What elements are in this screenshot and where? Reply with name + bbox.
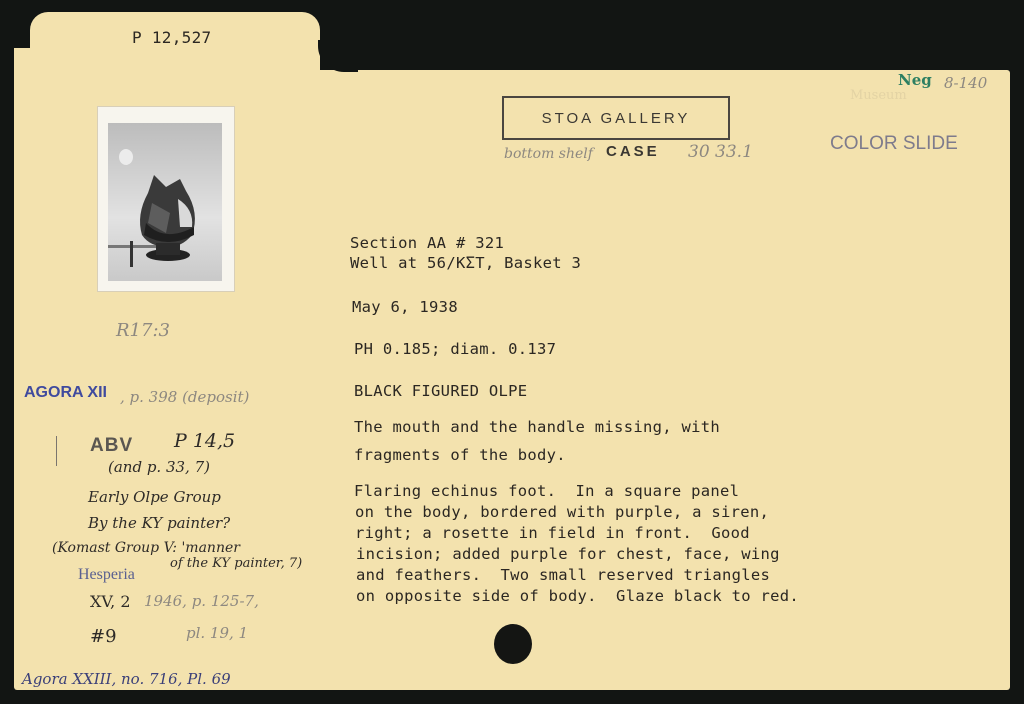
dimensions: PH 0.185; diam. 0.137 [354, 340, 556, 358]
description-line-2: on the body, bordered with purple, a sir… [355, 503, 769, 521]
note-line-1: (and p. 33, 7) [108, 458, 210, 476]
note-line-2: Early Olpe Group [88, 488, 221, 506]
plate-reference: pl. 19, 1 [186, 624, 248, 642]
olpe-vase-icon [108, 123, 222, 281]
excavation-date: May 6, 1938 [352, 298, 458, 316]
agora-xxiii-reference: Agora XXIII, no. 716, Pl. 69 [22, 670, 231, 688]
agora-page-ref: , p. 398 (deposit) [120, 388, 249, 406]
case-number: 30 33.1 [688, 142, 753, 162]
museum-faded-stamp: Museum [850, 88, 907, 103]
negative-number: 8-140 [944, 74, 987, 92]
shelf-note: bottom shelf [504, 146, 593, 162]
hesperia-reference: 1946, p. 125-7, [144, 592, 259, 610]
item-number: #9 [90, 626, 117, 647]
tab-notch [318, 40, 358, 72]
photo-image [108, 123, 222, 281]
scanned-card-stage: P 12,527 STOA GALLERY bottom shelf CASE … [0, 0, 1024, 704]
negative-label: Neg [898, 71, 932, 89]
agora-stamp: AGORA XII [24, 384, 107, 402]
description-line-6: on opposite side of body. Glaze black to… [356, 587, 799, 605]
hesperia-stamp: Hesperia [78, 566, 135, 584]
abv-stamp: ABV [90, 435, 133, 457]
abv-page: P 14,5 [174, 430, 235, 452]
object-type: BLACK FIGURED OLPE [354, 382, 527, 400]
condition-line-1: The mouth and the handle missing, with [354, 418, 720, 436]
well-line: Well at 56/KΣT, Basket 3 [350, 254, 581, 272]
note-line-3: By the KY painter? [88, 514, 230, 532]
description-line-3: right; a rosette in field in front. Good [355, 524, 750, 542]
section-line: Section AA # 321 [350, 234, 504, 252]
color-slide-stamp: COLOR SLIDE [830, 133, 958, 155]
catalog-number: P 12,527 [132, 28, 211, 47]
note-line-5: of the KY painter, 7) [170, 556, 302, 571]
case-label: CASE [606, 143, 660, 160]
hesperia-volume: XV, 2 [90, 592, 131, 611]
location-stamp: STOA GALLERY [502, 96, 730, 140]
note-line-4: (Komast Group V: 'manner [52, 540, 240, 556]
condition-line-2: fragments of the body. [354, 446, 566, 464]
description-line-4: incision; added purple for chest, face, … [356, 545, 780, 563]
object-photo [98, 107, 234, 291]
deposit-reference: R17:3 [116, 320, 170, 341]
margin-mark [56, 436, 57, 466]
punch-hole [494, 624, 532, 664]
description-line-5: and feathers. Two small reserved triangl… [356, 566, 770, 584]
description-line-1: Flaring echinus foot. In a square panel [354, 482, 739, 500]
